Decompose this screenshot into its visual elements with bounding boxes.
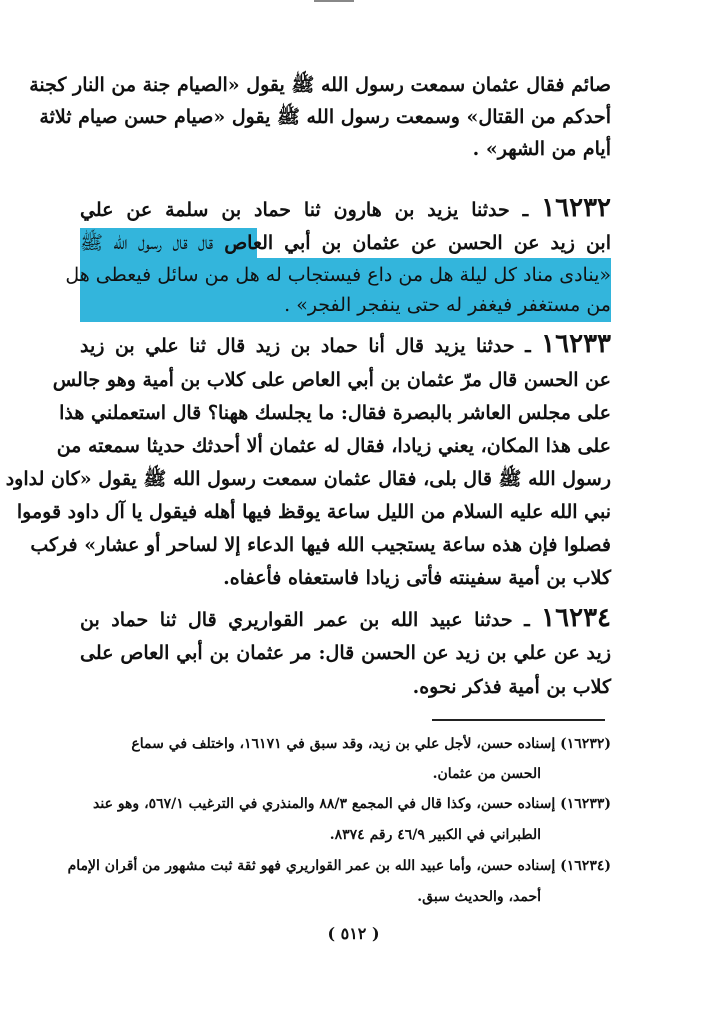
footnote-16234: (١٦٢٣٤) إسناده حسن، وأما عبيد الله بن عم… [80, 854, 611, 878]
text-line: كلاب بن أمية سفينته فأتى زيادا فاستعفاه … [80, 563, 611, 593]
text-line: رسول الله ﷺ قال بلى، فقال عثمان سمعت رسو… [80, 464, 611, 494]
footnote-16234-cont: أحمد، والحديث سبق. [80, 885, 611, 909]
hadith-number: ١٦٢٣٢ [541, 193, 611, 223]
text-line: أحدكم من القتال» وسمعت رسول الله ﷺ يقول … [80, 102, 611, 132]
hadith-heading-16233: ١٦٢٣٣ ـ حدثنا يزيد قال أنا حماد بن زيد ق… [80, 326, 611, 362]
text-line: على هذا المكان، يعني زيادا، فقال له عثما… [80, 431, 611, 461]
text-line: فصلوا فإن هذه ساعة يستجيب الله فيها الدع… [80, 530, 611, 560]
hadith-text: ـ حدثنا عبيد الله بن عمر القواريري قال ث… [80, 609, 530, 631]
text-line: عن الحسن قال مرّ عثمان بن أبي العاص على … [80, 365, 611, 395]
text-line: نبي الله عليه السلام من الليل ساعة يوقظ … [80, 497, 611, 527]
hadith-number: ١٦٢٣٤ [541, 603, 611, 633]
footnote-separator [432, 719, 605, 721]
highlighted-text[interactable]: قال قال رسول الله ﷺ [80, 232, 213, 254]
text-line: أيام من الشهر» . [80, 134, 611, 164]
text-line: ابن زيد عن الحسن عن عثمان بن أبي العاص ق… [80, 228, 611, 258]
text-line: على مجلس العاشر بالبصرة فقال: ما يجلسك ه… [80, 398, 611, 428]
text-line: صائم فقال عثمان سمعت رسول الله ﷺ يقول «ا… [80, 70, 611, 100]
top-rule [314, 0, 354, 2]
hadith-text: ـ حدثنا يزيد قال أنا حماد بن زيد قال ثنا… [80, 335, 531, 357]
hadith-text: ـ حدثنا يزيد بن هارون ثنا حماد بن سلمة ع… [80, 199, 528, 221]
footnote-16232-cont: الحسن من عثمان. [80, 762, 611, 786]
highlighted-text[interactable]: «ينادى مناد كل ليلة هل من داع فيستجاب له… [80, 260, 611, 290]
text-line: كلاب بن أمية فذكر نحوه. [80, 672, 611, 702]
hadith-heading-16232: ١٦٢٣٢ ـ حدثنا يزيد بن هارون ثنا حماد بن … [80, 190, 611, 226]
footnote-16232: (١٦٢٣٢) إسناده حسن، لأجل علي بن زيد، وقد… [80, 732, 611, 756]
highlighted-text[interactable]: من مستغفر فيغفر له حتى ينفجر الفجر» . [80, 290, 611, 320]
text-line: زيد عن علي بن زيد عن الحسن قال: مر عثمان… [80, 638, 611, 668]
hadith-text: ابن زيد عن الحسن عن عثمان بن أبي العاص [224, 232, 611, 254]
footnote-16233-cont: الطبراني في الكبير ٤٦/٩ رقم ٨٣٧٤. [80, 823, 611, 847]
hadith-number: ١٦٢٣٣ [541, 329, 611, 359]
page-number: ( ٥١٢ ) [0, 924, 707, 943]
footnote-16233: (١٦٢٣٣) إسناده حسن، وكذا قال في المجمع ٨… [80, 792, 611, 816]
hadith-heading-16234: ١٦٢٣٤ ـ حدثنا عبيد الله بن عمر القواريري… [80, 600, 611, 636]
